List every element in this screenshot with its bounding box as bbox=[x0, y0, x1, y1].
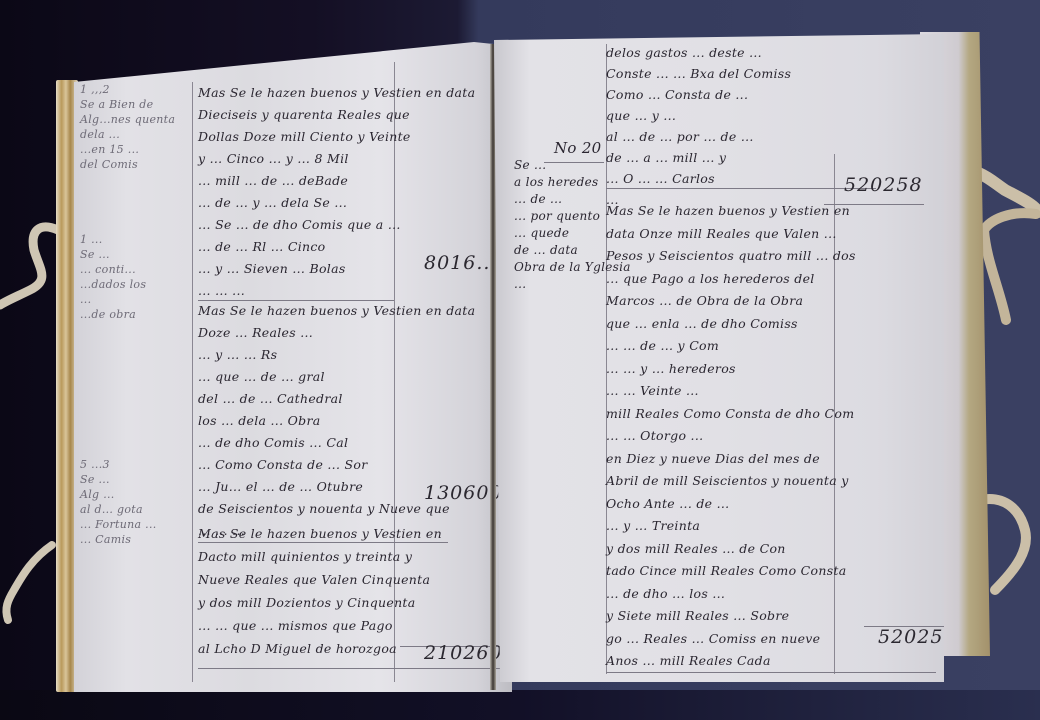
margin-note-rule bbox=[544, 162, 604, 163]
right-entry-1-rule bbox=[606, 188, 876, 189]
right-entry-2-text: Mas Se le hazen buenos y Vestien en data… bbox=[606, 200, 856, 673]
right-page: No 20 Se ... a los heredes ... de ... ..… bbox=[494, 34, 944, 682]
margin-rule bbox=[192, 82, 193, 682]
entry-3-text: Mas Se le hazen buenos y Vestien en Dact… bbox=[198, 522, 442, 660]
right-entry-1-amount: 520258 bbox=[844, 174, 923, 196]
left-bottom-tie bbox=[0, 530, 60, 630]
left-page: 1 ,,,2 Se a Bien de Alg...nes quenta del… bbox=[74, 42, 512, 692]
entry-1-amount: 8016.. bbox=[424, 252, 490, 274]
margin-note-2: 1 ... Se ... ... conti... ...dados los .… bbox=[80, 232, 146, 322]
background-table-surface bbox=[0, 690, 1040, 720]
right-total-rule bbox=[606, 672, 936, 673]
margin-note-1: 1 ,,,2 Se a Bien de Alg...nes quenta del… bbox=[80, 82, 175, 172]
right-entry-1-text: delos gastos ... deste ... Conste ... ..… bbox=[606, 42, 791, 210]
entry-2-text: Mas Se le hazen buenos y Vestien en data… bbox=[198, 300, 475, 542]
total-rule-bottom bbox=[198, 668, 510, 669]
margin-note-3: 5 ...3 Se ... Alg ... al d... gota ... F… bbox=[80, 457, 157, 547]
